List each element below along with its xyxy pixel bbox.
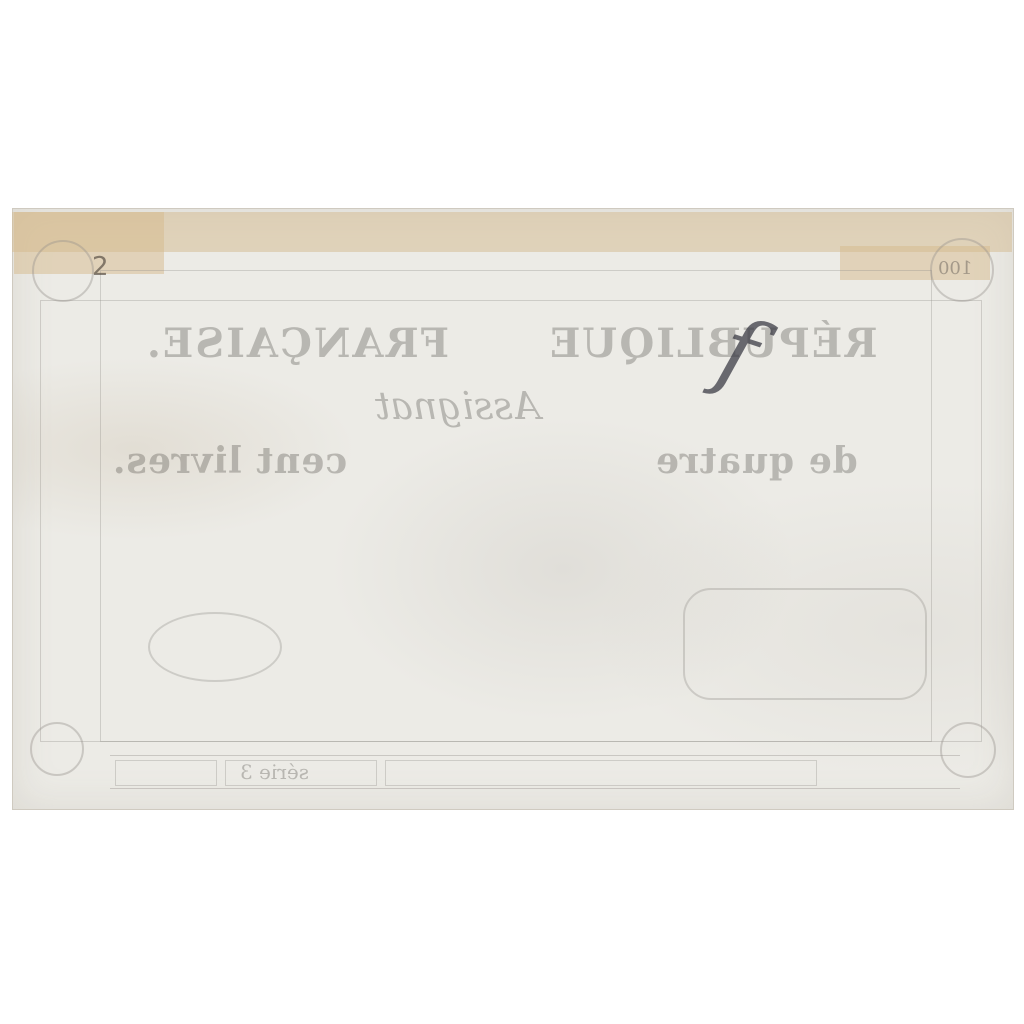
corner-value: 100	[938, 258, 972, 279]
mirrored-de-quatre: de quatre	[655, 440, 858, 482]
serial-box-1	[115, 760, 217, 786]
embossed-dry-seal	[683, 588, 927, 700]
mirrored-assignat: Assignat	[375, 384, 540, 428]
corner-seal-bottom-left	[30, 722, 84, 776]
mirrored-republique: RÉPUBLIQUE	[548, 320, 878, 367]
embossed-cartouche	[148, 612, 282, 682]
mirrored-francaise: FRANÇAISE.	[145, 320, 449, 367]
mirrored-serie: série 3	[240, 760, 309, 784]
image-stage: 100 FRANÇAISE. RÉPUBLIQUE Assignat cent …	[0, 0, 1024, 1024]
pencil-mark: 2	[92, 252, 109, 282]
serial-box-3	[385, 760, 817, 786]
corner-seal-top-left	[32, 240, 94, 302]
mirrored-cent-livres: cent livres.	[112, 440, 347, 482]
